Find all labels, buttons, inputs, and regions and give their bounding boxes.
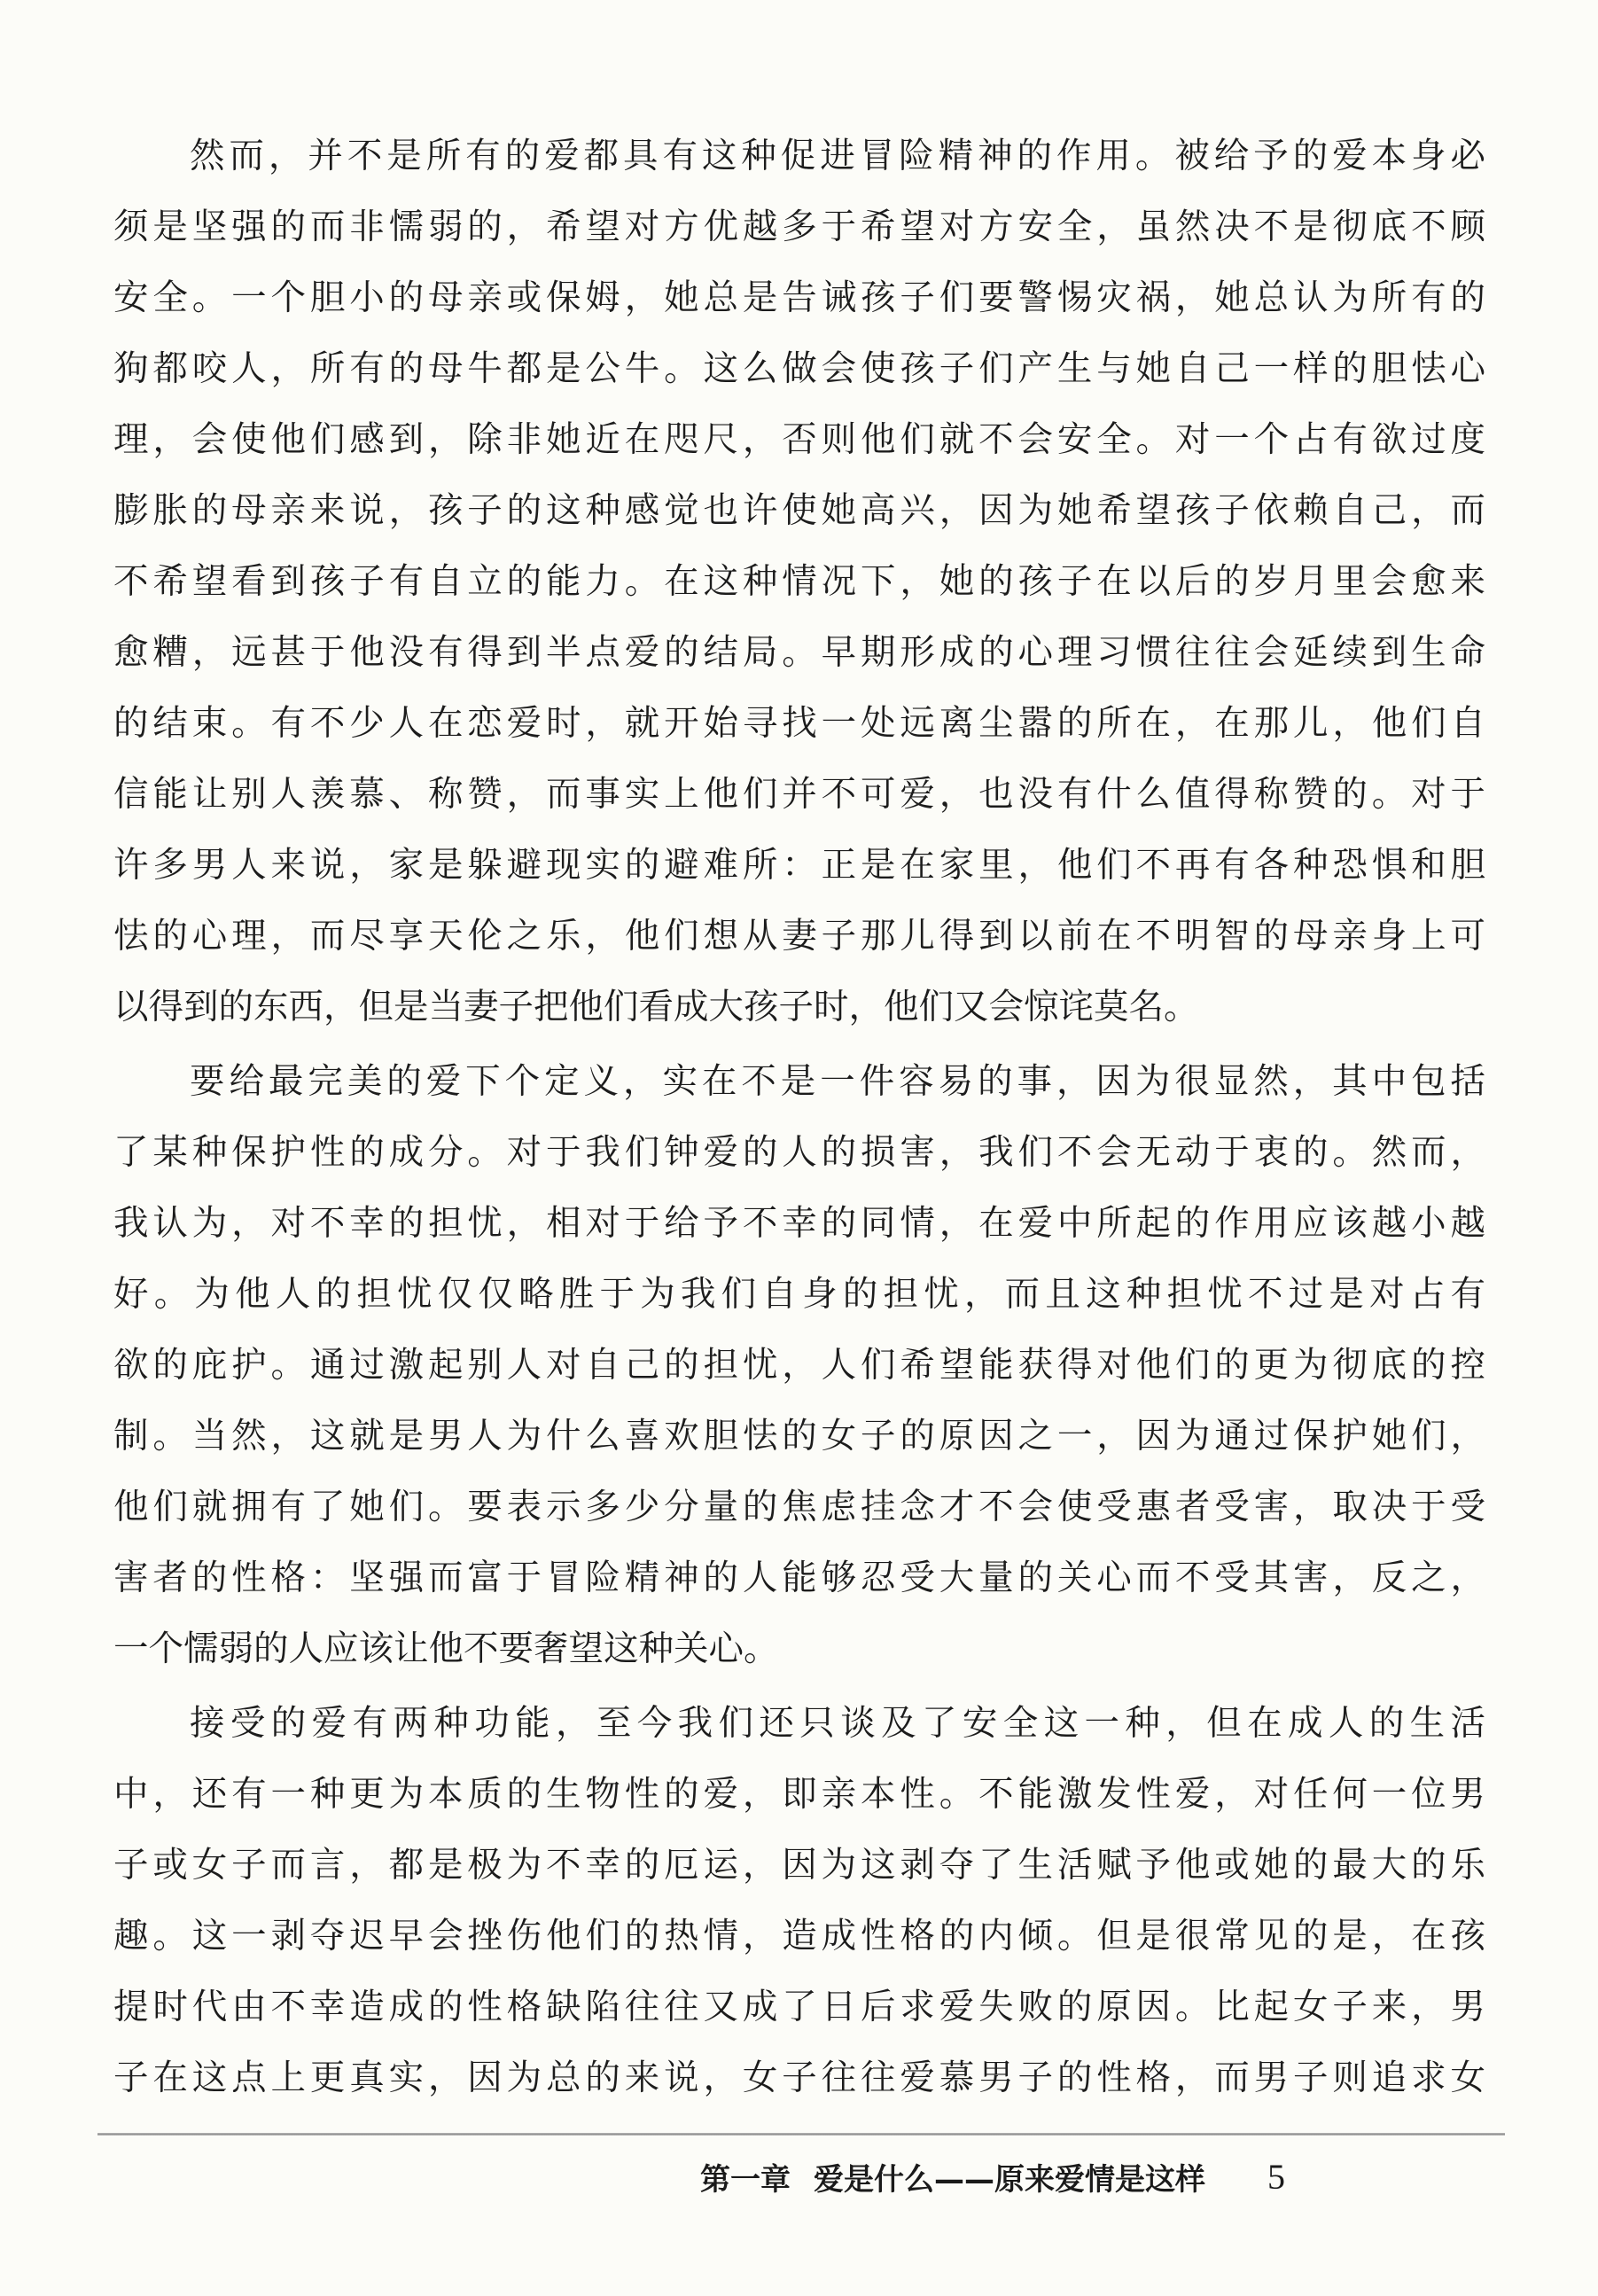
text-line: 怯的心理，而尽享天伦之乐，他们想从妻子那儿得到以前在不明智的母亲身上可 (113, 910, 1485, 963)
text-line: 愈糟，远甚于他没有得到半点爱的结局。早期形成的心理习惯往往会延续到生命 (113, 626, 1485, 679)
text-line: 欲的庇护。通过激起别人对自己的担忧，人们希望能获得对他们的更为彻底的控 (113, 1339, 1485, 1392)
text-line: 安全。一个胆小的母亲或保姆，她总是告诫孩子们要警惕灾祸，她总认为所有的 (113, 271, 1485, 324)
text-line: 的结束。有不少人在恋爱时，就开始寻找一处远离尘嚣的所在，在那儿，他们自 (113, 697, 1485, 750)
text-line: 须是坚强的而非懦弱的，希望对方优越多于希望对方安全，虽然决不是彻底不顾 (113, 200, 1485, 254)
text-line: 他们就拥有了她们。要表示多少分量的焦虑挂念才不会使受惠者受害，取决于受 (113, 1480, 1485, 1534)
book-page: 然而，并不是所有的爱都具有这种促进冒险精神的作用。被给予的爱本身必 须是坚强的而… (0, 0, 1598, 2296)
text-line: 狗都咬人，所有的母牛都是公牛。这么做会使孩子们产生与她自己一样的胆怯心 (113, 342, 1485, 395)
text-line: 一个懦弱的人应该让他不要奢望这种关心。 (113, 1622, 779, 1675)
text-line: 信能让别人羡慕、称赞，而事实上他们并不可爱，也没有什么值得称赞的。对于 (113, 768, 1485, 821)
text-line: 许多男人来说，家是躲避现实的避难所：正是在家里，他们不再有各种恐惧和胆 (113, 839, 1485, 892)
text-line: 膨胀的母亲来说，孩子的这种感觉也许使她高兴，因为她希望孩子依赖自己，而 (113, 484, 1485, 537)
text-line: 我认为，对不幸的担忧，相对于给予不幸的同情，在爱中所起的作用应该越小越 (113, 1197, 1485, 1250)
text-line: 害者的性格：坚强而富于冒险精神的人能够忍受大量的关心而不受其害，反之， (113, 1551, 1485, 1605)
text-line: 要给最完美的爱下个定义，实在不是一件容易的事，因为很显然，其中包括 (190, 1055, 1485, 1108)
page-number: 5 (1267, 2156, 1285, 2198)
text-line: 提时代由不幸造成的性格缺陷往往又成了日后求爱失败的原因。比起女子来，男 (113, 1980, 1485, 2034)
footer-chapter-label: 第一章 (700, 2155, 791, 2198)
text-line: 理，会使他们感到，除非她近在咫尺，否则他们就不会安全。对一个占有欲过度 (113, 413, 1485, 466)
text-line: 子在这点上更真实，因为总的来说，女子往往爱慕男子的性格，而男子则追求女 (113, 2051, 1485, 2105)
text-line: 制。当然，这就是男人为什么喜欢胆怯的女子的原因之一，因为通过保护她们， (113, 1410, 1485, 1463)
text-line: 以得到的东西，但是当妻子把他们看成大孩子时，他们又会惊诧莫名。 (113, 980, 1199, 1034)
text-line: 中，还有一种更为本质的生物性的爱，即亲本性。不能激发性爱，对任何一位男 (113, 1768, 1485, 1821)
text-line: 趣。这一剥夺迟早会挫伤他们的热情，造成性格的内倾。但是很常见的是，在孩 (113, 1909, 1485, 1963)
running-footer: 第一章 爱是什么——原来爱情是这样 5 (700, 2154, 1285, 2198)
text-line: 了某种保护性的成分。对于我们钟爱的人的损害，我们不会无动于衷的。然而， (113, 1126, 1485, 1179)
text-line: 接受的爱有两种功能，至今我们还只谈及了安全这一种，但在成人的生活 (190, 1697, 1485, 1750)
footer-divider (97, 2133, 1505, 2136)
text-line: 好。为他人的担忧仅仅略胜于为我们自身的担忧，而且这种担忧不过是对占有 (113, 1268, 1485, 1321)
footer-chapter-title: 爱是什么——原来爱情是这样 (814, 2155, 1205, 2198)
text-line: 然而，并不是所有的爱都具有这种促进冒险精神的作用。被给予的爱本身必 (190, 129, 1485, 183)
text-line: 子或女子而言，都是极为不幸的厄运，因为这剥夺了生活赋予他或她的最大的乐 (113, 1839, 1485, 1892)
text-line: 不希望看到孩子有自立的能力。在这种情况下，她的孩子在以后的岁月里会愈来 (113, 555, 1485, 608)
